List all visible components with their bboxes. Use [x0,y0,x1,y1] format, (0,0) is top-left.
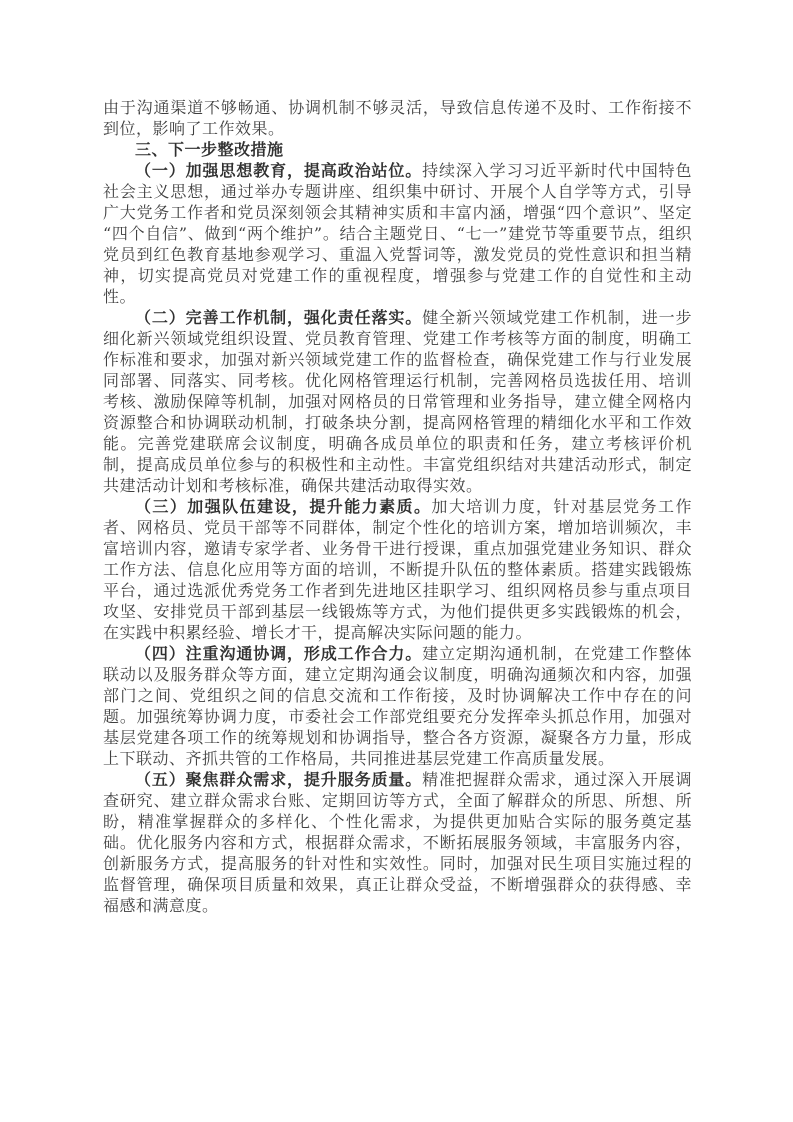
measure-5-body: 精准把握群众需求，通过深入开展调查研究、建立群众需求台账、定期回访等方式，全面了… [103,770,692,915]
measure-1-lead: （一）加强思想教育，提高政治站位。 [135,161,422,180]
measure-2-body: 健全新兴领域党建工作机制，进一步细化新兴领域党组织设置、党员教育管理、党建工作考… [103,308,692,495]
measure-paragraph-3: （三）加强队伍建设，提升能力素质。加大培训力度，针对基层党务工作者、网格员、党员… [103,496,692,643]
section-heading: 三、下一步整改措施 [103,139,692,160]
intro-paragraph: 由于沟通渠道不够畅通、协调机制不够灵活，导致信息传递不及时、工作衔接不到位，影响… [103,97,692,139]
measure-3-body: 加大培训力度，针对基层党务工作者、网格员、党员干部等不同群体，制定个性化的培训方… [103,497,692,642]
measure-paragraph-4: （四）注重沟通协调，形成工作合力。建立定期沟通机制，在党建工作整体联动以及服务群… [103,643,692,769]
measure-paragraph-2: （二）完善工作机制，强化责任落实。健全新兴领域党建工作机制，进一步细化新兴领域党… [103,307,692,496]
measure-3-lead: （三）加强队伍建设，提升能力素质。 [135,497,431,516]
measure-4-lead: （四）注重沟通协调，形成工作合力。 [135,644,422,663]
measure-1-body: 持续深入学习习近平新时代中国特色社会主义思想，通过举办专题讲座、组织集中研讨、开… [103,161,692,306]
measure-5-lead: （五）聚焦群众需求，提升服务质量。 [135,770,422,789]
measure-paragraph-5: （五）聚焦群众需求，提升服务质量。精准把握群众需求，通过深入开展调查研究、建立群… [103,769,692,916]
measure-2-lead: （二）完善工作机制，强化责任落实。 [135,308,422,327]
measure-paragraph-1: （一）加强思想教育，提高政治站位。持续深入学习习近平新时代中国特色社会主义思想，… [103,160,692,307]
document-page: 由于沟通渠道不够畅通、协调机制不够灵活，导致信息传递不及时、工作衔接不到位，影响… [0,0,793,1122]
